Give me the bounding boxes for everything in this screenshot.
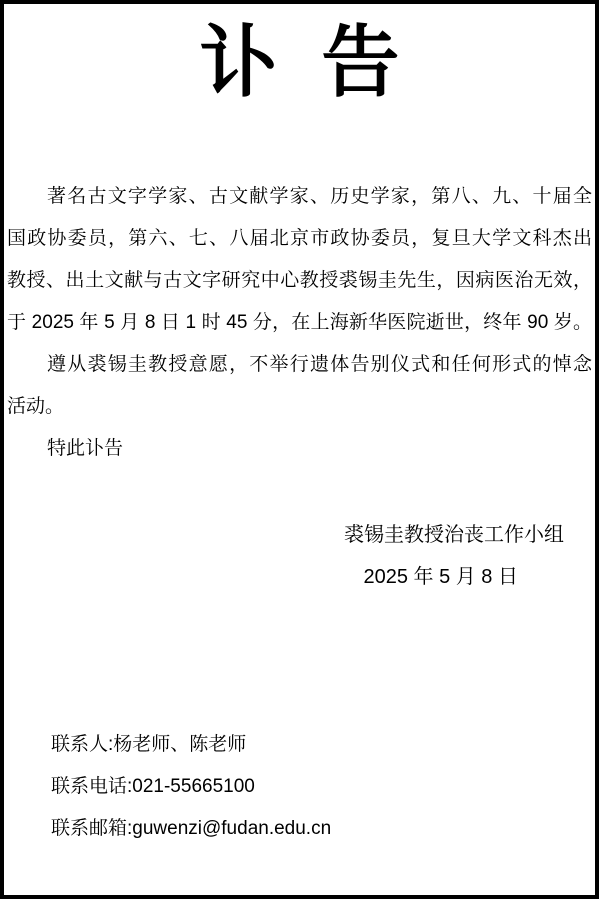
signature-group-name: 裘锡圭教授治丧工作小组	[7, 514, 592, 556]
signature-block: 裘锡圭教授治丧工作小组 2025 年 5 月 8 日	[7, 514, 592, 598]
wishes-line-2: 活动。	[7, 386, 592, 428]
contact-block: 联系人:杨老师、陈老师 联系电话:021-55665100 联系邮箱:guwen…	[7, 724, 592, 850]
biography-line-2: 国政协委员，第六、七、八届北京市政协委员，复旦大学文科杰出	[7, 218, 592, 260]
contact-phone: 联系电话:021-55665100	[51, 766, 592, 808]
biography-line-1: 著名古文字学家、古文献学家、历史学家，第八、九、十届全	[7, 176, 592, 218]
wishes-line-1: 遵从裘锡圭教授意愿，不举行遗体告别仪式和任何形式的悼念	[7, 344, 592, 386]
closing-statement: 特此讣告	[7, 428, 592, 470]
obituary-document: 讣 告 著名古文字学家、古文献学家、历史学家，第八、九、十届全 国政协委员，第六…	[0, 0, 599, 899]
paragraph-biography: 著名古文字学家、古文献学家、历史学家，第八、九、十届全 国政协委员，第六、七、八…	[7, 176, 592, 344]
contact-email: 联系邮箱:guwenzi@fudan.edu.cn	[51, 808, 592, 850]
document-title: 讣 告	[4, 16, 595, 108]
document-body: 著名古文字学家、古文献学家、历史学家，第八、九、十届全 国政协委员，第六、七、八…	[4, 108, 595, 850]
signature-date: 2025 年 5 月 8 日	[7, 556, 592, 598]
contact-person: 联系人:杨老师、陈老师	[51, 724, 592, 766]
paragraph-wishes: 遵从裘锡圭教授意愿，不举行遗体告别仪式和任何形式的悼念 活动。	[7, 344, 592, 428]
biography-line-4: 于 2025 年 5 月 8 日 1 时 45 分，在上海新华医院逝世，终年 9…	[7, 302, 592, 344]
biography-line-3: 教授、出土文献与古文字研究中心教授裘锡圭先生，因病医治无效，	[7, 260, 592, 302]
